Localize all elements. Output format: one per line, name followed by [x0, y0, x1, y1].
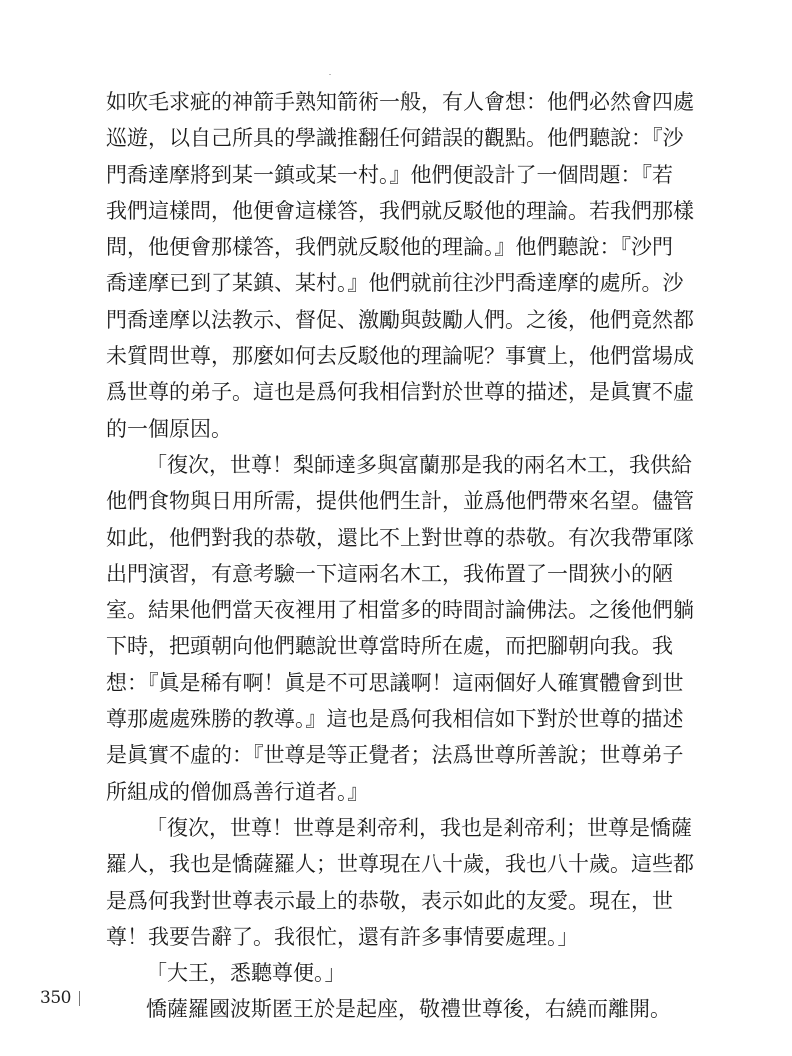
text-line: 門喬達摩將到某一鎮或某一村。』他們便設計了一個問題：『若 [106, 157, 706, 193]
paragraph-start-line: 「復次，世尊！世尊是剎帝利，我也是剎帝利；世尊是憍薩 [106, 810, 706, 846]
text-line: 室。結果他們當天夜裡用了相當多的時間討論佛法。之後他們躺 [106, 592, 706, 628]
text-line: 尊那處處殊勝的教導。』這也是爲何我相信如下對於世尊的描述 [106, 701, 706, 737]
paragraph-start-line: 「大王，悉聽尊便。」 [106, 955, 706, 991]
text-line: 下時，把頭朝向他們聽說世尊當時所在處，而把腳朝向我。我 [106, 628, 706, 664]
paragraph-start-line: 「復次，世尊！梨師達多與富蘭那是我的兩名木工，我供給 [106, 447, 706, 483]
text-line: 巡遊，以自己所具的學識推翻任何錯誤的觀點。他們聽說：『沙 [106, 120, 706, 156]
text-line: 尊！我要告辭了。我很忙，還有許多事情要處理。」 [106, 919, 706, 955]
text-line: 是爲何我對世尊表示最上的恭敬，表示如此的友愛。現在，世 [106, 883, 706, 919]
text-line: 如此，他們對我的恭敬，還比不上對世尊的恭敬。有次我帶軍隊 [106, 520, 706, 556]
text-line: 他們食物與日用所需，提供他們生計，並爲他們帶來名望。儘管 [106, 483, 706, 519]
book-page: 如吹毛求疵的神箭手熟知箭術一般，有人會想：他們必然會四處 巡遊，以自己所具的學識… [0, 0, 792, 1056]
text-line: 門喬達摩以法教示、督促、激勵與鼓勵人們。之後，他們竟然都 [106, 302, 706, 338]
body-text: 如吹毛求疵的神箭手熟知箭術一般，有人會想：他們必然會四處 巡遊，以自己所具的學識… [106, 84, 706, 1028]
text-line: 想：『眞是稀有啊！眞是不可思議啊！這兩個好人確實體會到世 [106, 665, 706, 701]
text-line: 如吹毛求疵的神箭手熟知箭術一般，有人會想：他們必然會四處 [106, 84, 706, 120]
text-line: 爲世尊的弟子。這也是爲何我相信對於世尊的描述，是眞實不虛 [106, 374, 706, 410]
text-line: 未質問世尊，那麼如何去反駁他的理論呢？事實上，他們當場成 [106, 338, 706, 374]
text-line: 喬達摩已到了某鎮、某村。』他們就前往沙門喬達摩的處所。沙 [106, 265, 706, 301]
footer-divider [79, 991, 81, 1006]
text-line: 問，他便會那樣答，我們就反駁他的理論。』他們聽說：『沙門 [106, 229, 706, 265]
text-line: 我們這樣問，他便會這樣答，我們就反駁他的理論。若我們那樣 [106, 193, 706, 229]
text-line: 出門演習，有意考驗一下這兩名木工，我佈置了一間狹小的陋 [106, 556, 706, 592]
text-line: 是眞實不虛的：『世尊是等正覺者；法爲世尊所善說；世尊弟子 [106, 737, 706, 773]
paragraph-start-line: 憍薩羅國波斯匿王於是起座，敬禮世尊後，右繞而離開。 [106, 991, 706, 1027]
text-line: 羅人，我也是憍薩羅人；世尊現在八十歲，我也八十歲。這些都 [106, 846, 706, 882]
text-line: 所組成的僧伽爲善行道者。』 [106, 774, 706, 810]
scan-mark [329, 74, 331, 75]
page-number: 350 [40, 988, 71, 1008]
page-footer: 350 [40, 988, 80, 1008]
text-line: 的一個原因。 [106, 411, 706, 447]
